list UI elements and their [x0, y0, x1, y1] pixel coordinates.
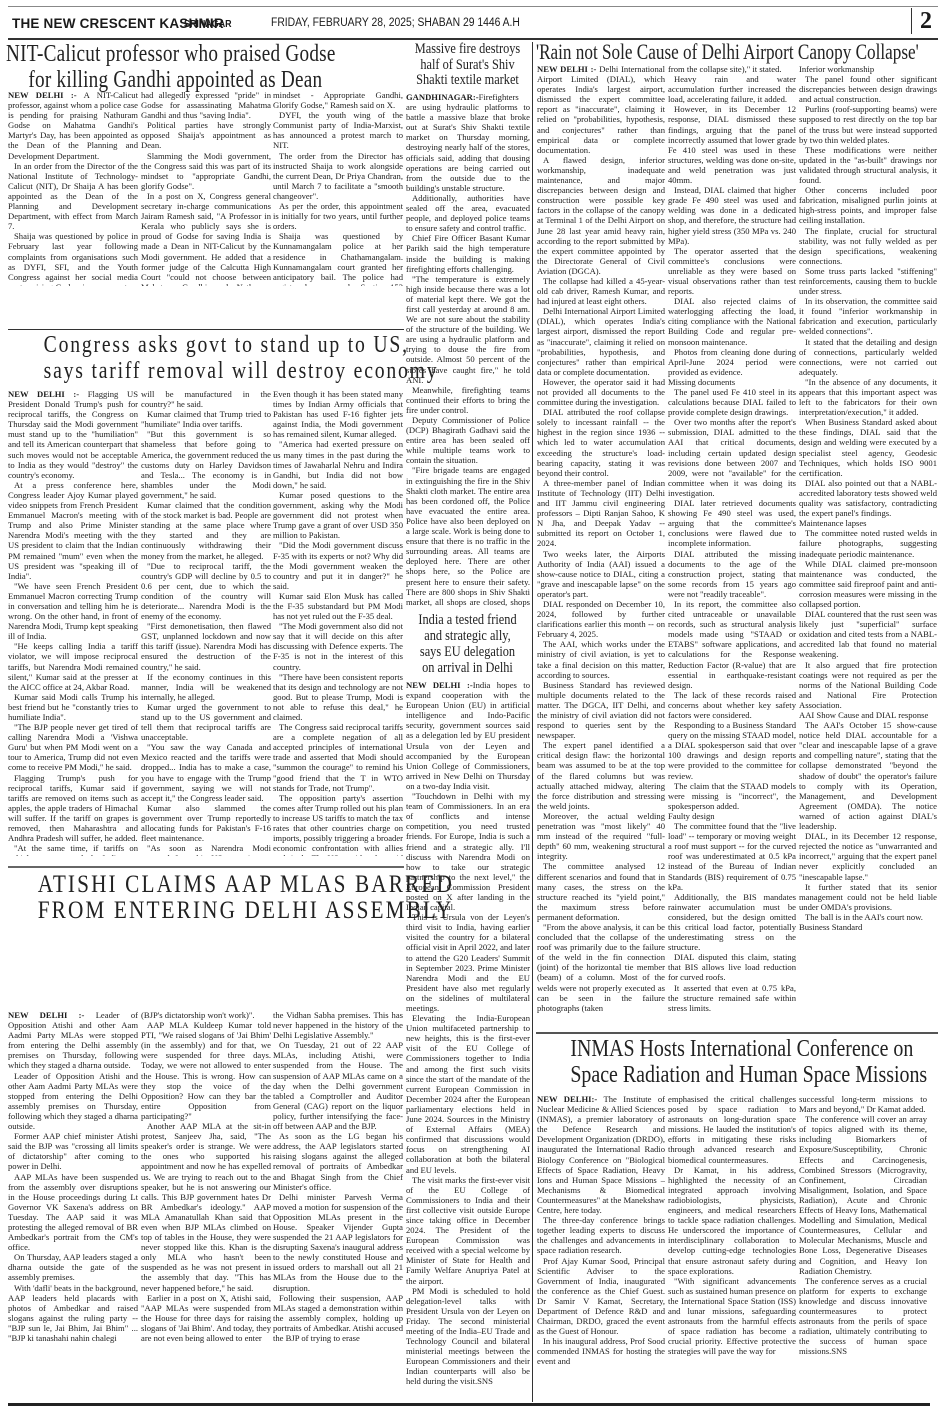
body-text: The finplate, crucial for structural sta…	[799, 226, 937, 266]
body-text: Firefighters are using hydraulic platfor…	[406, 92, 530, 193]
body-text: successful long-term missions to Mars an…	[799, 1094, 927, 1114]
nit-col-1: NEW DELHI :- A NIT-Calicut professor, ag…	[8, 90, 138, 286]
congress-col-3: Even though it has been stated many time…	[273, 389, 403, 856]
atishi-col-2: (BJP's dictatorship won't work)". AAP ML…	[141, 1010, 271, 1402]
body-text: The committee analysed 12 different scen…	[537, 861, 665, 922]
body-text: A three-member panel of Indian Institute…	[537, 478, 665, 549]
body-text: The AAI's October 15 show-cause notice h…	[799, 720, 937, 831]
body-text: "From the above analysis, it can be conc…	[537, 922, 665, 1013]
nit-col-2: had allegedly expressed "pride" in Godse…	[141, 90, 271, 286]
body-text: The operator asserted that the committee…	[668, 246, 796, 296]
body-text: "Due to reciprocal tariff, the country's…	[141, 561, 271, 622]
date-line: FRIDAY, FEBRUARY 28, 2025; SHABAN 29 144…	[271, 17, 520, 29]
body-text: Photos from cleaning done during April-J…	[668, 347, 796, 377]
body-text: DIAL responded on December 10, 2024, fol…	[537, 599, 665, 639]
body-text: had allegedly expressed "pride" in Godse…	[141, 90, 271, 120]
bottom-rule	[8, 1403, 930, 1406]
body-text: At a press conference here, Congress lea…	[8, 480, 138, 581]
headline-surat: Massive fire destroys half of Surat's Sh…	[405, 42, 530, 89]
body-text: Moreover, the actual welding penetration…	[537, 811, 665, 861]
body-text: The panel found other significant discre…	[799, 74, 937, 104]
body-text: With 'dafli' beats in the background, AA…	[8, 1283, 138, 1344]
body-text: Shaija was questioned by police in Febru…	[8, 231, 138, 286]
body-text: Slamming the Modi government, the Congre…	[141, 151, 271, 191]
headline-inmas: INMAS Hosts International Conference on …	[536, 1036, 940, 1088]
dateline: NEW DELHI :-	[8, 1010, 84, 1020]
body-text: The expert panel identified a critical d…	[537, 740, 665, 811]
body-text: The conference serves as a crucial platf…	[799, 1276, 927, 1357]
masthead: THE NEW CRESCENT KASHMIR SRINAGAR FRIDAY…	[8, 6, 938, 36]
body-text: However, the operator said it had not pr…	[537, 377, 665, 407]
body-text: DIAL, in its December 12 response, rejec…	[799, 831, 937, 881]
body-text: When Business Standard asked about these…	[799, 417, 937, 478]
divider	[536, 1032, 938, 1034]
dateline: NEW DELHI:-	[537, 1094, 597, 1104]
airport-col-2: from the collapse site)," it stated. Hea…	[668, 64, 796, 1028]
dateline: NEW DELHI :-	[406, 680, 473, 690]
congress-col-2: will be manufactured in the country?" he…	[141, 389, 271, 856]
body-text: The lack of these records raised concern…	[668, 690, 796, 720]
body-text: DIAL later retrieved documents showing F…	[668, 498, 796, 548]
body-text: Other concerns included poor fabrication…	[799, 185, 937, 225]
body-text: India hopes to expand cooperation with t…	[406, 680, 530, 791]
headline-congress-line1: Congress asks govt to stand up to US,	[44, 333, 369, 359]
body-text: The panel used Fe 410 steel in its calcu…	[668, 387, 796, 417]
body-text: "At the same time, if tariffs on vehicle…	[8, 843, 138, 856]
body-text: "Fire brigade teams are engaged in extin…	[406, 465, 530, 607]
body-text: "He keeps calling India a tariff violato…	[8, 641, 138, 691]
body-text: A NIT-Calicut professor, against whom a …	[8, 90, 138, 161]
body-text: Deputy Commissioner of Police (DCP) Bhag…	[406, 415, 530, 465]
atishi-col-3: the Vidhan Sabha premises. This has neve…	[273, 1010, 403, 1402]
body-text: Delhi minister Parvesh Verma moved a mot…	[273, 1192, 403, 1293]
body-text: the Vidhan Sabha premises. This has neve…	[273, 1010, 403, 1040]
inmas-col-1: NEW DELHI:- The Institute of Nuclear Med…	[537, 1094, 665, 1402]
nit-col-3: mindset - Appropriate Gandhi, Glorify Go…	[273, 90, 403, 286]
body-text: DIAL attributed the roof collapse solely…	[537, 407, 665, 478]
body-text: DIAL also pointed out that a NABL-accred…	[799, 478, 937, 518]
body-text: Two weeks later, the Airports Authority …	[537, 549, 665, 599]
city-label: SRINAGAR	[184, 18, 232, 30]
body-text: As per the order, this appointment is in…	[273, 201, 403, 231]
body-text: Some truss parts lacked "stiffening" rei…	[799, 266, 937, 296]
congress-col-1: NEW DELHI :- Flagging US President Donal…	[8, 389, 138, 856]
body-text: The committee found that the "live load"…	[668, 821, 796, 892]
body-text: Flagging US President Donald Trump's pus…	[8, 389, 138, 480]
body-text: "There have been consistent reports that…	[273, 672, 403, 722]
body-text: The order from the Director has instruct…	[273, 151, 403, 201]
headline-eu: India a tested friend and strategic ally…	[405, 612, 530, 676]
body-text: "The Modi government also did not say th…	[273, 621, 403, 671]
body-text: The conference will cover an array of to…	[799, 1114, 927, 1276]
body-text: The AAI, which works under the ministry …	[537, 639, 665, 679]
subheading: Maintenance lapses	[799, 518, 937, 528]
headline-airport: 'Rain not Sole Cause of Delhi Airport Ca…	[536, 40, 940, 64]
body-text: These modifications were neither updated…	[799, 145, 937, 185]
headline-nit-line1: NIT-Calicut professor who praised Godse	[6, 42, 234, 68]
body-text: Shaija was questioned by Kunnamangalam p…	[273, 231, 403, 286]
headline-eu-text: India a tested friend and strategic ally…	[414, 612, 520, 676]
body-text: Chief Fire Officer Basant Kumar Parikh s…	[406, 233, 530, 273]
headline-atishi: ATISHI CLAIMS AAP MLAS BARRED FROM ENTER…	[8, 872, 404, 924]
headline-airport-text: 'Rain not Sole Cause of Delhi Airport Ca…	[536, 40, 851, 64]
body-text: It also argued that fire protection coat…	[799, 660, 937, 710]
body-text: However, in its December 12 response, DI…	[668, 104, 796, 185]
body-text: On Tuesday, 21 out of 22 AAP MLAs, inclu…	[273, 1040, 403, 1131]
body-text: will be manufactured in the country?" he…	[141, 389, 271, 409]
dateline: GANDHINAGAR:-	[406, 92, 479, 102]
body-text: "As soon as Narendra Modi returned from …	[141, 843, 271, 856]
body-text: Political parties have strongly opposed …	[141, 120, 271, 150]
body-text: The Institute of Nuclear Medicine & Alli…	[537, 1094, 665, 1215]
body-text: DIAL also rejected claims of waterloggin…	[668, 296, 796, 346]
subheading: Missing documents	[668, 377, 796, 387]
body-text: Former AAP chief minister Atishi said th…	[8, 1131, 138, 1171]
subheading: Inferior workmanship	[799, 64, 937, 74]
body-text: Meanwhile, firefighting teams continued …	[406, 385, 530, 415]
body-text: (BJP's dictatorship won't work)".	[141, 1010, 271, 1020]
body-text: In his inaugural address, Prof Sood comm…	[537, 1336, 665, 1366]
body-text: Additionally, the BIS mandates rainwater…	[668, 892, 796, 953]
dateline: NEW DELHI :-	[537, 64, 596, 74]
body-text: from the collapse site)," it stated.	[668, 64, 796, 74]
body-text: The three-day conference brings together…	[537, 1215, 665, 1255]
headline-congress: Congress asks govt to stand up to US, sa…	[8, 333, 404, 385]
body-text: "First demonetisation, then flawed GST, …	[141, 621, 271, 671]
dateline: NEW DELHI :-	[8, 389, 79, 399]
body-text: The opposition party's assertion comes a…	[273, 793, 403, 856]
body-text: The committee noted rusted welds in fail…	[799, 528, 937, 558]
body-text: In its observation, the committee said i…	[799, 296, 937, 336]
body-text: This is Ursula von der Leyen's third vis…	[406, 912, 530, 1013]
headline-atishi-line2: FROM ENTERING DELHI ASSEMBLY	[38, 898, 375, 924]
subheading: Faulty design	[668, 811, 796, 821]
body-text: "America had exerted pressure on us many…	[273, 439, 403, 489]
airport-col-3: Inferior workmanship The panel found oth…	[799, 64, 937, 1028]
body-text: In a post on X, Congress general secreta…	[141, 191, 271, 286]
body-text: The ball is in the AAI's court now.	[799, 912, 937, 922]
body-text: Kumar said Modi calls Trump his best fri…	[8, 692, 138, 722]
body-text: "The BJP people never get tired of calli…	[8, 722, 138, 772]
body-text: AAP MLAs have been suspended from the as…	[8, 1172, 138, 1253]
airport-col-1: NEW DELHI :- Delhi International Airport…	[537, 64, 665, 1028]
inmas-col-3: successful long-term missions to Mars an…	[799, 1094, 927, 1402]
body-text: Another AAP MLA at the sit-in protest, S…	[141, 1121, 271, 1293]
body-text: Earlier in a post on X, Atishi said, "AA…	[141, 1293, 271, 1343]
body-text: The collapse had killed a 45-year-old ca…	[537, 276, 665, 306]
headline-congress-line2: says tariff removal will destroy economy	[44, 359, 369, 385]
headline-nit: NIT-Calicut professor who praised Godse …	[6, 42, 291, 94]
body-text: Following their suspension, AAP MLAs sta…	[273, 1293, 403, 1343]
divider	[8, 866, 404, 868]
inmas-col-2: emphasised the critical challenges posed…	[668, 1094, 796, 1402]
body-text: Business Standard has reviewed multiple …	[537, 680, 665, 741]
body-text: "We have seen French President Emmanuel …	[8, 581, 138, 642]
body-text: Delhi International Airport Limited (DIA…	[537, 306, 665, 377]
body-text: Kumar posed questions to the government,…	[273, 490, 403, 540]
body-text: Instead, DIAL claimed that higher grade …	[668, 185, 796, 246]
body-text: "With significant advancements such as s…	[668, 1276, 796, 1357]
body-text: Kumar said Elon Musk has called the F-35…	[273, 591, 403, 621]
body-text: The Congress said reciprocal tariffs are…	[273, 722, 403, 793]
headline-surat-text: Massive fire destroys half of Surat's Sh…	[414, 42, 520, 89]
body-text: In an order from the Director of the Nat…	[8, 161, 138, 232]
divider	[8, 329, 404, 330]
body-text: The claim that the STAAD models were mis…	[668, 781, 796, 811]
headline-inmas-line1: INMAS Hosts International Conference on	[570, 1036, 905, 1062]
body-text: Responding to a Business Standard query …	[668, 720, 796, 781]
page-number: 2	[911, 8, 932, 34]
body-text: Prof Ajay Kumar Sood, Principal Scientif…	[537, 1256, 665, 1337]
body-text: emphasised the critical challenges posed…	[668, 1094, 796, 1165]
body-text: It stated that the detailing and design …	[799, 337, 937, 377]
body-text: DIAL attributed the missing documents to…	[668, 549, 796, 599]
vertical-divider	[532, 42, 533, 1402]
body-text: Delhi International Airport Limited (DIA…	[537, 64, 665, 155]
body-text: Additionally, authorities have sealed of…	[406, 193, 530, 233]
body-text: Purlins (roof-supporting beams) were sup…	[799, 104, 937, 144]
body-text: It further stated that its senior manage…	[799, 882, 937, 912]
atishi-col-1: NEW DELHI :- Leader of Opposition Atishi…	[8, 1010, 138, 1402]
body-text: A flawed design, inferior workmanship, i…	[537, 155, 665, 276]
body-text: AAP MLA Kuldeep Kumar told PTI, "We rais…	[141, 1020, 271, 1121]
body-text: On Thursday, AAP leaders staged a dharna…	[8, 1252, 138, 1282]
body-text: PM Modi is scheduled to hold delegation-…	[406, 1286, 530, 1387]
body-text: "But this government is so shameless tha…	[141, 429, 271, 500]
body-text: Kumar claimed that the condition of the …	[141, 500, 271, 561]
body-text: DIAL countered that the rust seen was li…	[799, 609, 937, 659]
headline-inmas-line2: Space Radiation and Human Space Missions	[570, 1062, 905, 1088]
body-text: "Did the Modi government discuss F-35 wi…	[273, 540, 403, 590]
body-text: DIAL disputed this claim, stating that B…	[668, 952, 796, 982]
body-text: Kumar also slammed the government over T…	[141, 803, 271, 843]
body-text: The visit marks the first-ever visit of …	[406, 1175, 530, 1286]
body-text: DYFI, the youth wing of the Communist pa…	[273, 110, 403, 150]
body-text: Even though it has been stated many time…	[273, 389, 403, 439]
body-text: Elevating the India-European Union multi…	[406, 1013, 530, 1175]
body-text: In its report, the committee also cited …	[668, 599, 796, 690]
body-text: Kumar urged the government to stand up t…	[141, 702, 271, 742]
body-text: Over two months after the report's submi…	[668, 417, 796, 498]
body-text: Kumar claimed that Trump tried to "humil…	[141, 409, 271, 429]
body-text: Dr Kamat, in his address, highlighted th…	[668, 1165, 796, 1276]
body-text: It asserted that even at 0.75 kPa, the s…	[668, 983, 796, 1013]
body-text: Leader of Opposition Atishi and other Aa…	[8, 1071, 138, 1132]
source-credit: Business Standard	[799, 922, 937, 932]
body-text: "You saw the way Canada and Mexico react…	[141, 742, 271, 803]
body-text: mindset - Appropriate Gandhi, Glorify Go…	[273, 90, 403, 110]
subheading: AAI Show Cause and DIAL response	[799, 710, 937, 720]
body-text: As soon as the LG began his address, the…	[273, 1131, 403, 1192]
body-text: "In the absence of any documents, it app…	[799, 377, 937, 417]
body-text: If the economy continues in this manner,…	[141, 672, 271, 702]
body-text: Heavy rain and water accumulation furthe…	[668, 74, 796, 104]
headline-atishi-line1: ATISHI CLAIMS AAP MLAS BARRED	[38, 872, 375, 898]
eu-col: NEW DELHI :-India hopes to expand cooper…	[406, 680, 530, 1405]
dateline: NEW DELHI :-	[8, 90, 77, 100]
body-text: While DIAL claimed pre-monsoon maintenan…	[799, 559, 937, 609]
body-text: Flagging Trump's push for reciprocal tar…	[8, 773, 138, 844]
surat-col: GANDHINAGAR:-Firefighters are using hydr…	[406, 92, 530, 607]
